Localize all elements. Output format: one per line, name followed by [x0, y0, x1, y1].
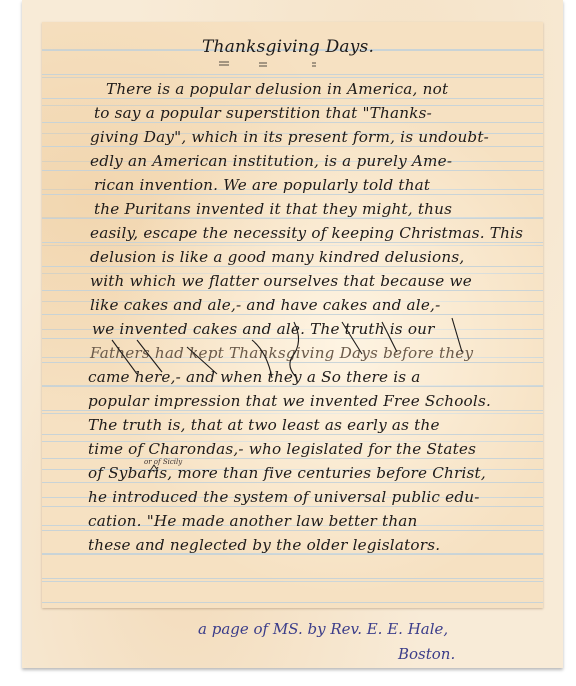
text-line: rican invention. We are popularly told t… [94, 176, 430, 194]
manuscript-title: Thanksgiving Days. [202, 37, 374, 57]
text-line: these and neglected by the older legisla… [88, 536, 440, 554]
text-line: giving Day", which in its present form, … [90, 128, 489, 146]
caption-location: Boston. [398, 645, 455, 663]
text-line: he introduced the system of universal pu… [88, 488, 480, 506]
text-line: we invented cakes and ale. The truth is … [92, 320, 435, 338]
struck-text-line: Fathers had kept Thanksgiving Days befor… [90, 344, 473, 362]
text-line: to say a popular superstition that "Than… [94, 104, 432, 122]
text-line: delusion is like a good many kindred del… [90, 248, 464, 266]
caption-attribution: a page of MS. by Rev. E. E. Hale, [198, 620, 448, 638]
text-line: of Sybaris, more than five centuries bef… [88, 464, 486, 482]
text-line: edly an American institution, is a purel… [90, 152, 452, 170]
title-underline-marks [217, 60, 337, 68]
text-line: There is a popular delusion in America, … [106, 80, 448, 98]
text-line: like cakes and ale,- and have cakes and … [90, 296, 440, 314]
text-line: with which we flatter ourselves that bec… [90, 272, 472, 290]
manuscript-page: Thanksgiving Days. There is a popular de… [42, 22, 543, 608]
text-line: popular impression that we invented Free… [88, 392, 491, 410]
mount-card: Thanksgiving Days. There is a popular de… [22, 0, 563, 668]
text-line: came here,- and when they a So there is … [88, 368, 421, 386]
text-line: easily, escape the necessity of keeping … [90, 224, 523, 242]
text-line: time of Charondas,- who legislated for t… [88, 440, 476, 458]
text-line: the Puritans invented it that they might… [94, 200, 452, 218]
text-line: cation. "He made another law better than [88, 512, 418, 530]
text-line: The truth is, that at two least as early… [88, 416, 440, 434]
